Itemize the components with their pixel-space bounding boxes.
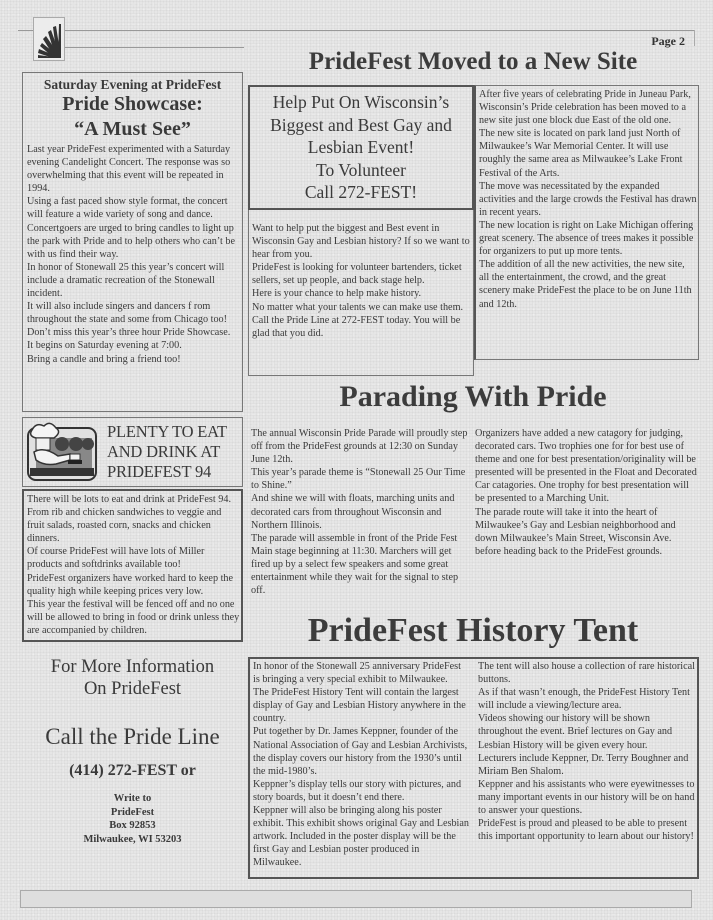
history-paragraph: Lecturers include Keppner, Dr. Terry Bou…: [478, 752, 696, 778]
showcase-paragraph: Using a fast paced show style format, th…: [27, 195, 239, 221]
history-paragraph: Keppner’s display tells our story with p…: [253, 778, 470, 804]
parade-headline: Parading With Pride: [248, 380, 698, 414]
food-article: There will be lots to eat and drink at P…: [22, 489, 243, 642]
new-site-paragraph: The new site is located on park land jus…: [479, 127, 697, 179]
parade-paragraph: The parade will assemble in front of the…: [251, 532, 469, 597]
new-site-paragraph: The move was necessitated by the expande…: [479, 180, 697, 219]
food-body: There will be lots to eat and drink at P…: [27, 493, 241, 637]
showcase-article: Saturday Evening at PrideFest Pride Show…: [22, 72, 243, 412]
volunteer-banner: Help Put On Wisconsin’s Biggest and Best…: [248, 85, 474, 210]
header-rule-left: [18, 30, 34, 31]
showcase-paragraph: It will also include singers and dancers…: [27, 300, 239, 326]
volunteer-banner-line: Help Put On Wisconsin’s: [250, 91, 472, 114]
food-header-box: PLENTY TO EAT AND DRINK AT PRIDEFEST 94: [22, 417, 243, 487]
header-rule-top: [64, 30, 694, 31]
sunburst-logo-icon: [33, 17, 65, 61]
history-paragraph: Videos showing our history will be shown…: [478, 712, 696, 751]
new-site-paragraph: After five years of celebrating Pride in…: [479, 88, 697, 127]
new-site-paragraph: The addition of all the new activities, …: [479, 258, 697, 310]
history-paragraph: The tent will also house a collection of…: [478, 660, 696, 686]
info-address-line: PrideFest: [22, 806, 243, 820]
history-headline: PrideFest History Tent: [248, 612, 698, 650]
showcase-paragraph: In honor of Stonewall 25 this year’s con…: [27, 261, 239, 300]
showcase-paragraph: Concertgoers are urged to bring candles …: [27, 222, 239, 261]
info-address-line: Milwaukee, WI 53203: [22, 833, 243, 847]
food-title-line: AND DRINK AT: [107, 442, 227, 462]
parade-paragraph: This year’s parade theme is “Stonewall 2…: [251, 466, 469, 492]
info-heading-line2: On PrideFest: [22, 678, 243, 700]
page-number: Page 2: [651, 34, 685, 49]
chef-cooking-illustration-icon: [26, 422, 98, 482]
volunteer-paragraph: No matter what your talents we can make …: [252, 301, 472, 340]
header-rule-short: [64, 47, 244, 48]
food-title: PLENTY TO EAT AND DRINK AT PRIDEFEST 94: [107, 422, 227, 482]
parade-body-right: Organizers have added a new catagory for…: [475, 427, 699, 558]
showcase-title: Pride Showcase:: [23, 93, 242, 116]
info-phone: (414) 272-FEST or: [22, 762, 243, 780]
volunteer-body: Want to help put the biggest and Best ev…: [252, 222, 472, 340]
footer-bar: [20, 890, 692, 908]
new-site-body: After five years of celebrating Pride in…: [479, 88, 697, 311]
header-rule-right-tick: [694, 30, 695, 46]
history-article: In honor of the Stonewall 25 anniversary…: [248, 657, 699, 879]
volunteer-paragraph: Here is your chance to help make history…: [252, 287, 472, 300]
volunteer-banner-line: Biggest and Best Gay and: [250, 114, 472, 137]
history-paragraph: Keppner will also be bringing along his …: [253, 804, 470, 869]
history-paragraph: PrideFest is proud and pleased to be abl…: [478, 817, 696, 843]
food-paragraph: There will be lots to eat and drink at P…: [27, 493, 241, 545]
history-paragraph: As if that wasn’t enough, the PrideFest …: [478, 686, 696, 712]
info-block: For More Information On PrideFest Call t…: [22, 656, 243, 846]
showcase-subtitle: “A Must See”: [23, 118, 242, 141]
food-title-line: PLENTY TO EAT: [107, 422, 227, 442]
food-title-line: PRIDEFEST 94: [107, 462, 227, 482]
info-address-line: Write to: [22, 792, 243, 806]
history-body-right: The tent will also house a collection of…: [478, 660, 696, 843]
history-paragraph: The PrideFest History Tent will contain …: [253, 686, 470, 725]
info-call-line: Call the Pride Line: [22, 724, 243, 750]
volunteer-banner-line: Call 272-FEST!: [250, 181, 472, 204]
showcase-paragraph: Last year PrideFest experimented with a …: [27, 143, 239, 195]
food-paragraph: Of course PrideFest will have lots of Mi…: [27, 545, 241, 571]
showcase-paragraph: Don’t miss this year’s three hour Pride …: [27, 326, 239, 352]
volunteer-paragraph: Want to help put the biggest and Best ev…: [252, 222, 472, 261]
food-paragraph: PrideFest organizers have worked hard to…: [27, 572, 241, 598]
volunteer-paragraph: PrideFest is looking for volunteer barte…: [252, 261, 472, 287]
parade-paragraph: The parade route will take it into the h…: [475, 506, 699, 558]
history-paragraph: Keppner and his assistants who were eyew…: [478, 778, 696, 817]
new-site-headline: PrideFest Moved to a New Site: [248, 48, 698, 76]
new-site-paragraph: The new location is right on Lake Michig…: [479, 219, 697, 258]
showcase-paragraph: Bring a candle and bring a friend too!: [27, 353, 239, 366]
showcase-kicker: Saturday Evening at PrideFest: [23, 77, 242, 93]
history-body-left: In honor of the Stonewall 25 anniversary…: [253, 660, 470, 870]
history-paragraph: In honor of the Stonewall 25 anniversary…: [253, 660, 470, 686]
parade-paragraph: Organizers have added a new catagory for…: [475, 427, 699, 506]
parade-body-left: The annual Wisconsin Pride Parade will p…: [251, 427, 469, 597]
new-site-article: After five years of celebrating Pride in…: [474, 85, 699, 360]
volunteer-banner-line: Lesbian Event!: [250, 136, 472, 159]
info-heading-line1: For More Information: [22, 656, 243, 678]
history-paragraph: Put together by Dr. James Keppner, found…: [253, 725, 470, 777]
volunteer-banner-line: To Volunteer: [250, 159, 472, 182]
parade-paragraph: The annual Wisconsin Pride Parade will p…: [251, 427, 469, 466]
volunteer-article: Want to help put the biggest and Best ev…: [248, 210, 474, 376]
showcase-body: Last year PrideFest experimented with a …: [27, 143, 239, 366]
food-paragraph: This year the festival will be fenced of…: [27, 598, 241, 637]
parade-paragraph: And shine we will with floats, marching …: [251, 492, 469, 531]
info-address-line: Box 92853: [22, 819, 243, 833]
